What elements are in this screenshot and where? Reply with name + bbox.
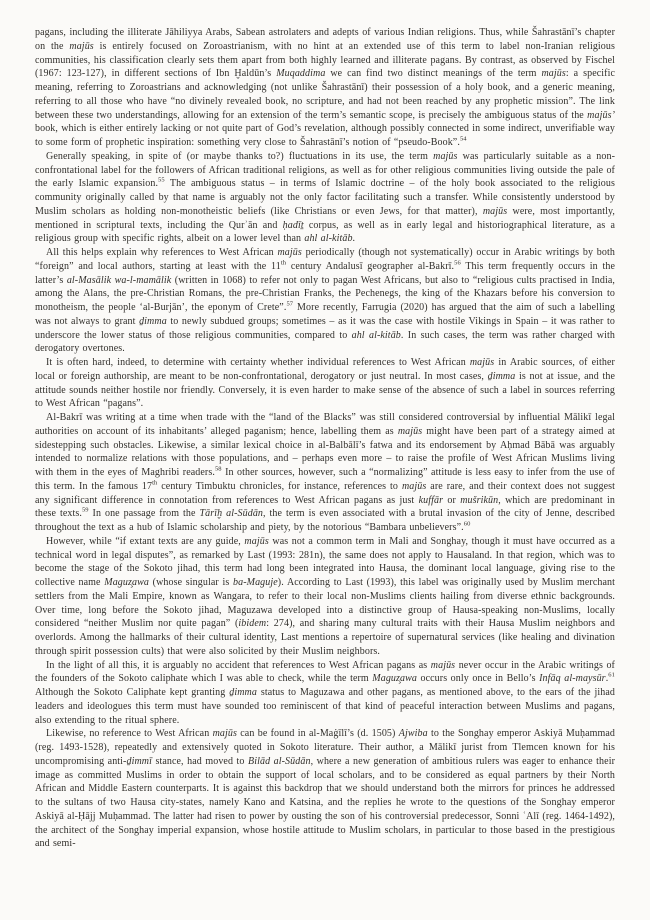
- italic-term: majūs: [483, 206, 507, 217]
- italic-term: Maguz̧awa: [372, 673, 417, 684]
- italic-term: majūs’: [587, 110, 615, 121]
- italic-term: ḏimma: [139, 316, 167, 327]
- book-page: pagans, including the illiterate Jāhiliy…: [0, 0, 650, 920]
- italic-term: majūs: [541, 68, 565, 79]
- footnote-reference: 56: [454, 259, 461, 266]
- italic-term: majūs: [433, 151, 457, 162]
- italic-term: majūs: [244, 536, 268, 547]
- italic-term: majūs: [431, 660, 455, 671]
- italic-term: ḏimmī: [126, 756, 152, 767]
- footnote-reference: 54: [460, 136, 467, 143]
- footnote-reference: 57: [286, 301, 293, 308]
- footnote-reference: 61: [608, 672, 615, 679]
- paragraph: Al-Bakrī was writing at a time when trad…: [35, 411, 615, 535]
- footnote-reference: 59: [82, 507, 89, 514]
- italic-term: majūs: [213, 728, 237, 739]
- page-text: pagans, including the illiterate Jāhiliy…: [35, 26, 615, 851]
- footnote-reference: 55: [158, 177, 165, 184]
- italic-term: ḏimma: [229, 687, 257, 698]
- footnote-reference: 60: [464, 521, 471, 528]
- italic-term: Muqaddima: [276, 68, 325, 79]
- paragraph: Generally speaking, in spite of (or mayb…: [35, 150, 615, 246]
- paragraph: All this helps explain why references to…: [35, 246, 615, 356]
- italic-term: majūs: [277, 247, 301, 258]
- italic-term: Maguz̧awa: [104, 577, 149, 588]
- italic-term: ibidem: [238, 618, 266, 629]
- italic-term: Tārīḫ al-Sūdān: [199, 508, 263, 519]
- footnote-reference: 58: [215, 466, 222, 473]
- footnote-reference: th: [281, 259, 286, 266]
- italic-term: ḏimma: [488, 371, 516, 382]
- paragraph: However, while “if extant texts are any …: [35, 535, 615, 659]
- italic-term: ahl al-kitāb: [304, 233, 352, 244]
- italic-term: ba-Maguje: [233, 577, 278, 588]
- italic-term: ahl al-kitāb: [352, 330, 401, 341]
- italic-term: majūs: [470, 357, 494, 368]
- italic-term: mušrikūn: [460, 495, 498, 506]
- italic-term: kuffār: [419, 495, 444, 506]
- paragraph: It is often hard, indeed, to determine w…: [35, 356, 615, 411]
- italic-term: Infāq al-maysūr: [539, 673, 606, 684]
- italic-term: majūs: [402, 481, 426, 492]
- italic-term: Bilād al-Sūdān: [248, 756, 311, 767]
- paragraph: pagans, including the illiterate Jāhiliy…: [35, 26, 615, 150]
- footnote-reference: th: [152, 479, 157, 486]
- italic-term: majūs: [69, 41, 93, 52]
- italic-term: ḥadīṯ: [283, 220, 304, 231]
- italic-term: Ajwiba: [399, 728, 428, 739]
- paragraph: Likewise, no reference to West African m…: [35, 727, 615, 851]
- italic-term: al-Masālik wa-l-mamālik: [67, 275, 172, 286]
- italic-term: majūs: [398, 426, 422, 437]
- paragraph: In the light of all this, it is arguably…: [35, 659, 615, 728]
